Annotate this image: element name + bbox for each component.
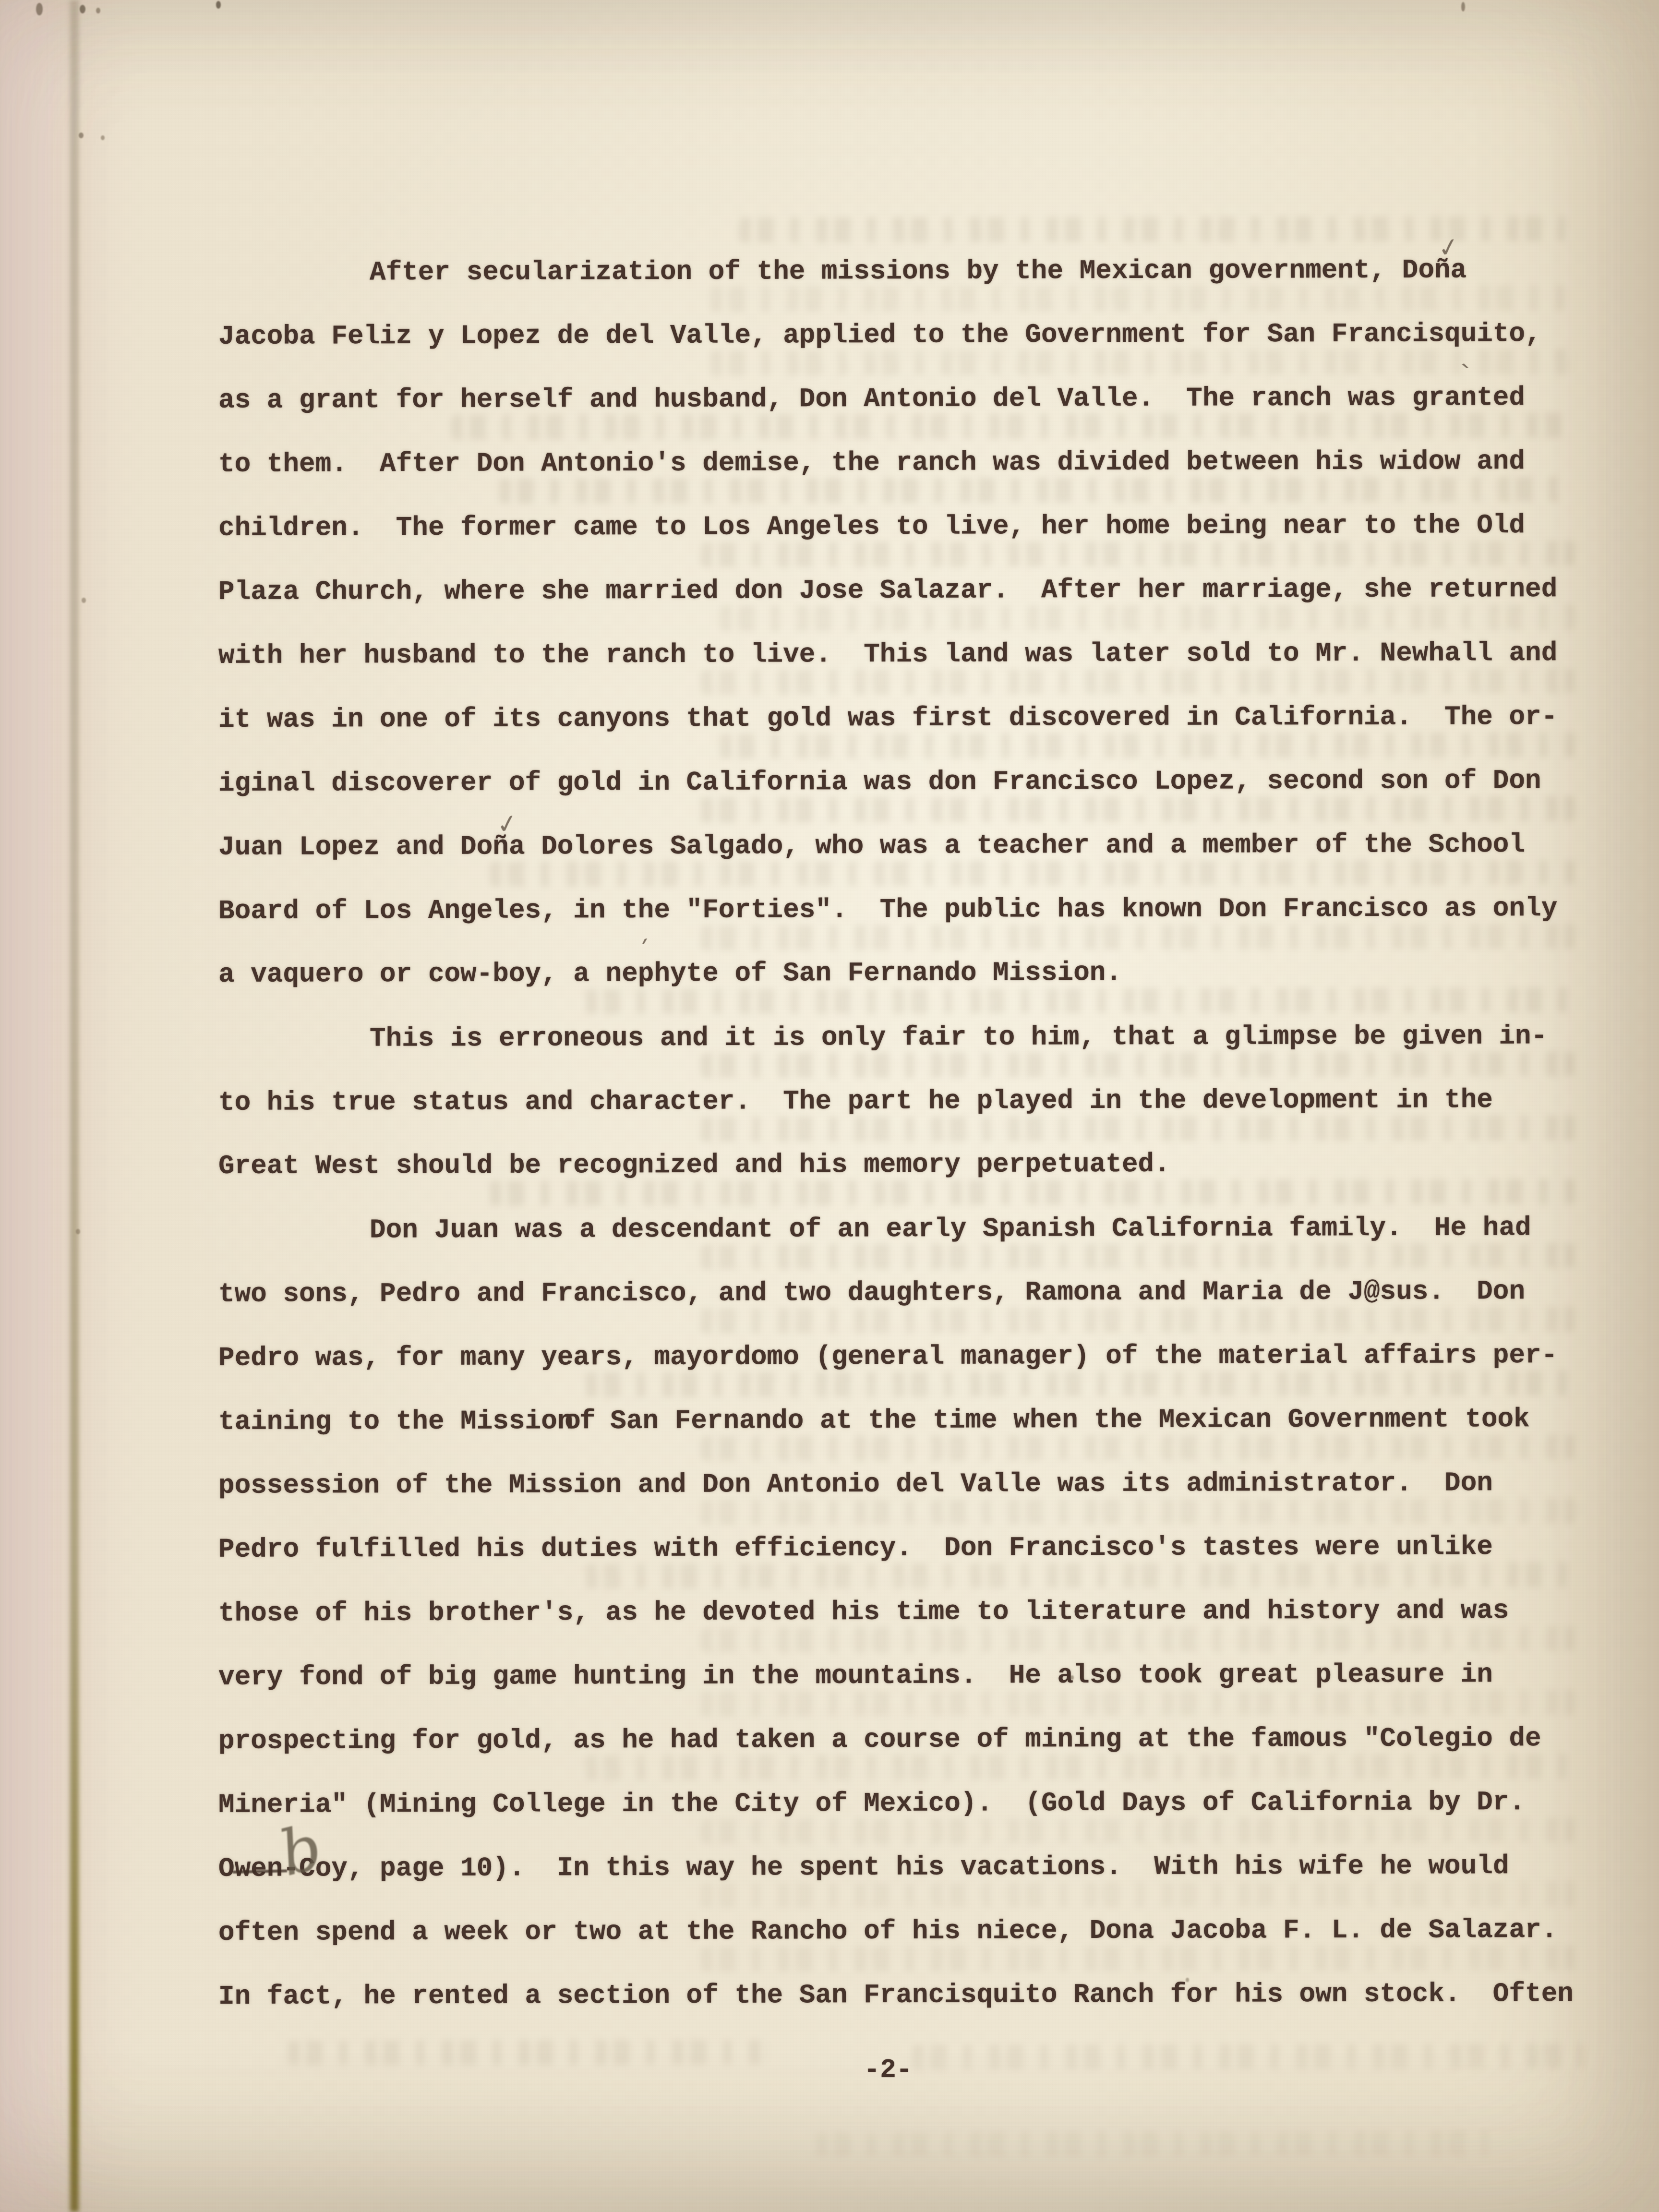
manuscript-page: After secularization of the missions by … bbox=[0, 0, 1659, 2212]
scan-vignette bbox=[0, 0, 1659, 2212]
